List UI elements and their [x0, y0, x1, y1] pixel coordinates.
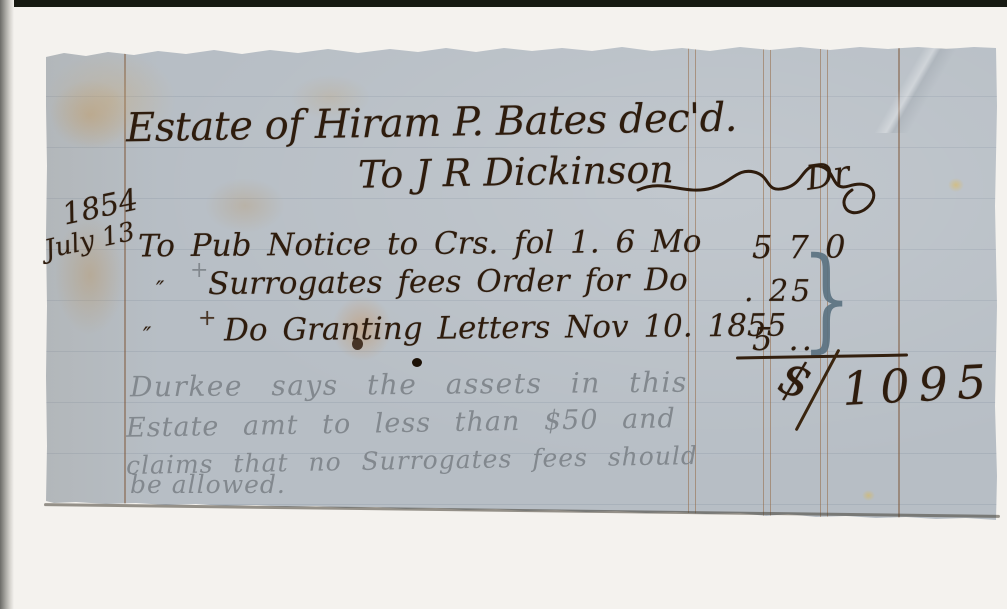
stain	[862, 490, 875, 501]
stain	[205, 178, 285, 233]
photo-left-edge	[0, 0, 14, 609]
photo-top-edge	[8, 0, 1007, 7]
entry-description: Do Granting Letters Nov 10. 1855	[224, 308, 787, 349]
debtor-abbrev: Dr	[803, 153, 852, 199]
debtor-line: To J R Dickinson	[358, 147, 674, 197]
entry-ditto-mark: ″	[143, 324, 151, 349]
outer-column-rule	[898, 46, 900, 524]
entry-description: To Pub Notice to Crs. fol 1. 6 Mo	[138, 224, 702, 265]
entry-description: Surrogates fees Order for Do	[208, 262, 688, 302]
ink-blot	[412, 358, 422, 367]
entry-check-mark: +	[198, 306, 216, 331]
entry-check-mark: +	[190, 258, 208, 283]
ink-brace: }	[801, 243, 852, 355]
stain	[50, 80, 130, 150]
stain	[948, 178, 964, 192]
total-amount: 1095	[841, 354, 997, 416]
pencil-note-line-1: Durkee says the assets in this	[130, 366, 688, 404]
scanned-ledger-photo: Estate of Hiram P. Bates dec'd. To J R D…	[0, 0, 1007, 609]
entry-ditto-mark: ″	[156, 278, 164, 303]
pencil-note-line-4: be allowed.	[130, 470, 286, 499]
